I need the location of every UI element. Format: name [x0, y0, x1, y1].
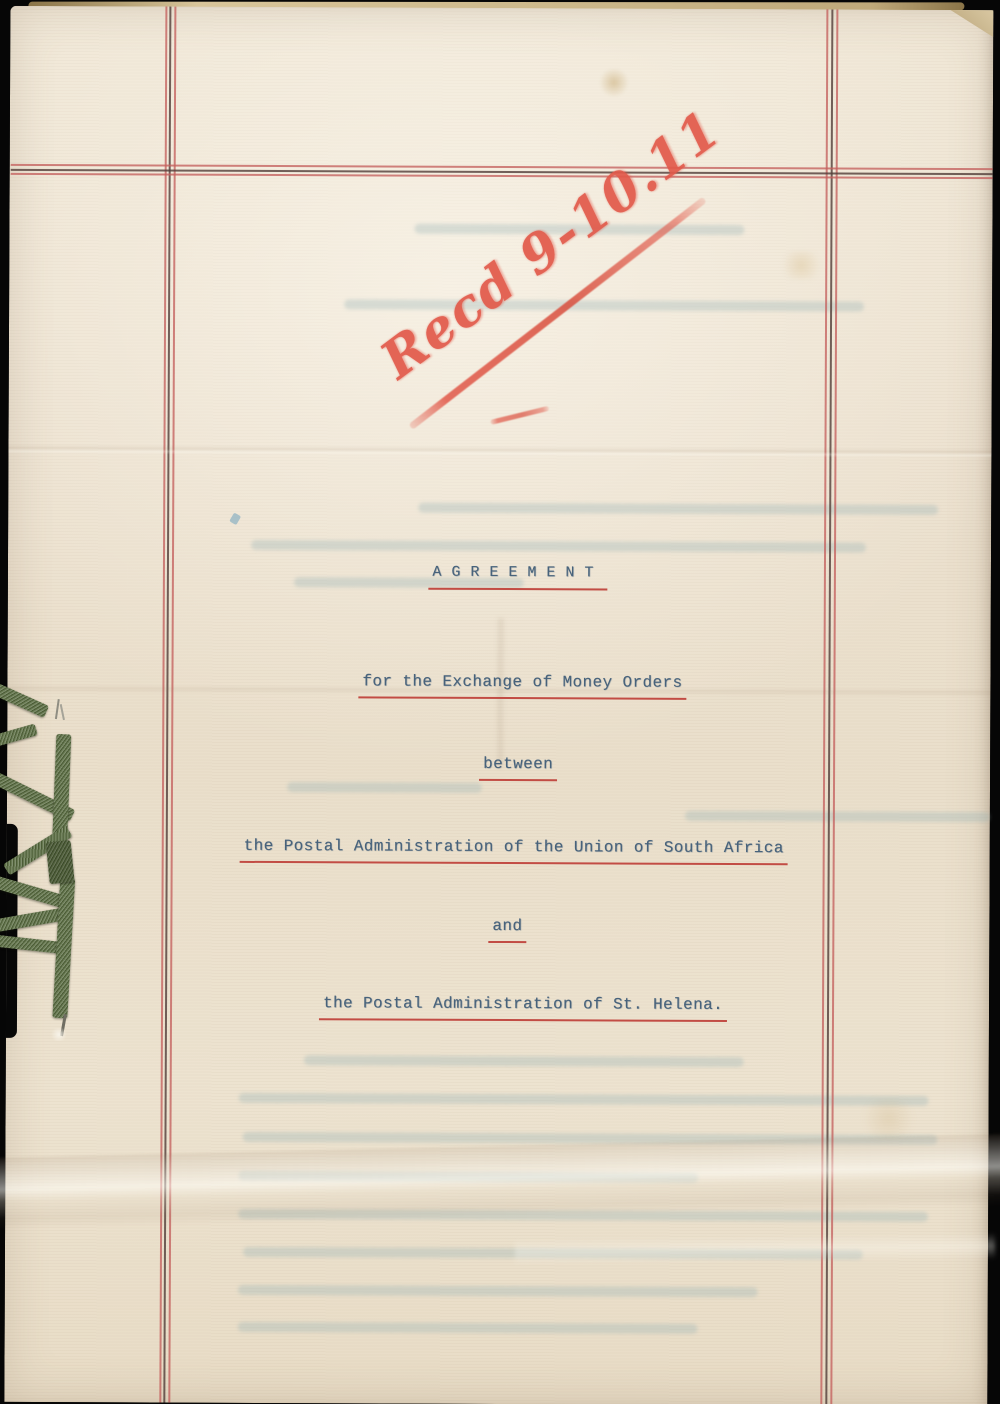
bleedthrough-line — [304, 1055, 744, 1067]
typed-line-party-1: the Postal Administration of the Union o… — [240, 837, 788, 865]
bleedthrough-line — [238, 1322, 698, 1334]
typed-line-subject: for the Exchange of Money Orders — [358, 672, 686, 699]
bleedthrough-line — [238, 1171, 698, 1183]
typed-line-between: between — [479, 755, 557, 781]
stitch-hole — [51, 1028, 67, 1041]
bleedthrough-line — [685, 811, 990, 822]
document-title: AGREEMENT — [428, 564, 607, 591]
photo-background: AGREEMENT for the Exchange of Money Orde… — [0, 0, 1000, 1404]
document-page — [4, 6, 993, 1404]
document-page-group: AGREEMENT for the Exchange of Money Orde… — [0, 0, 1000, 1404]
bleedthrough-line — [287, 782, 482, 793]
typed-line-and: and — [488, 917, 526, 943]
typed-line-party-2: the Postal Administration of St. Helena. — [319, 994, 727, 1022]
ribbon-knot — [46, 840, 75, 884]
